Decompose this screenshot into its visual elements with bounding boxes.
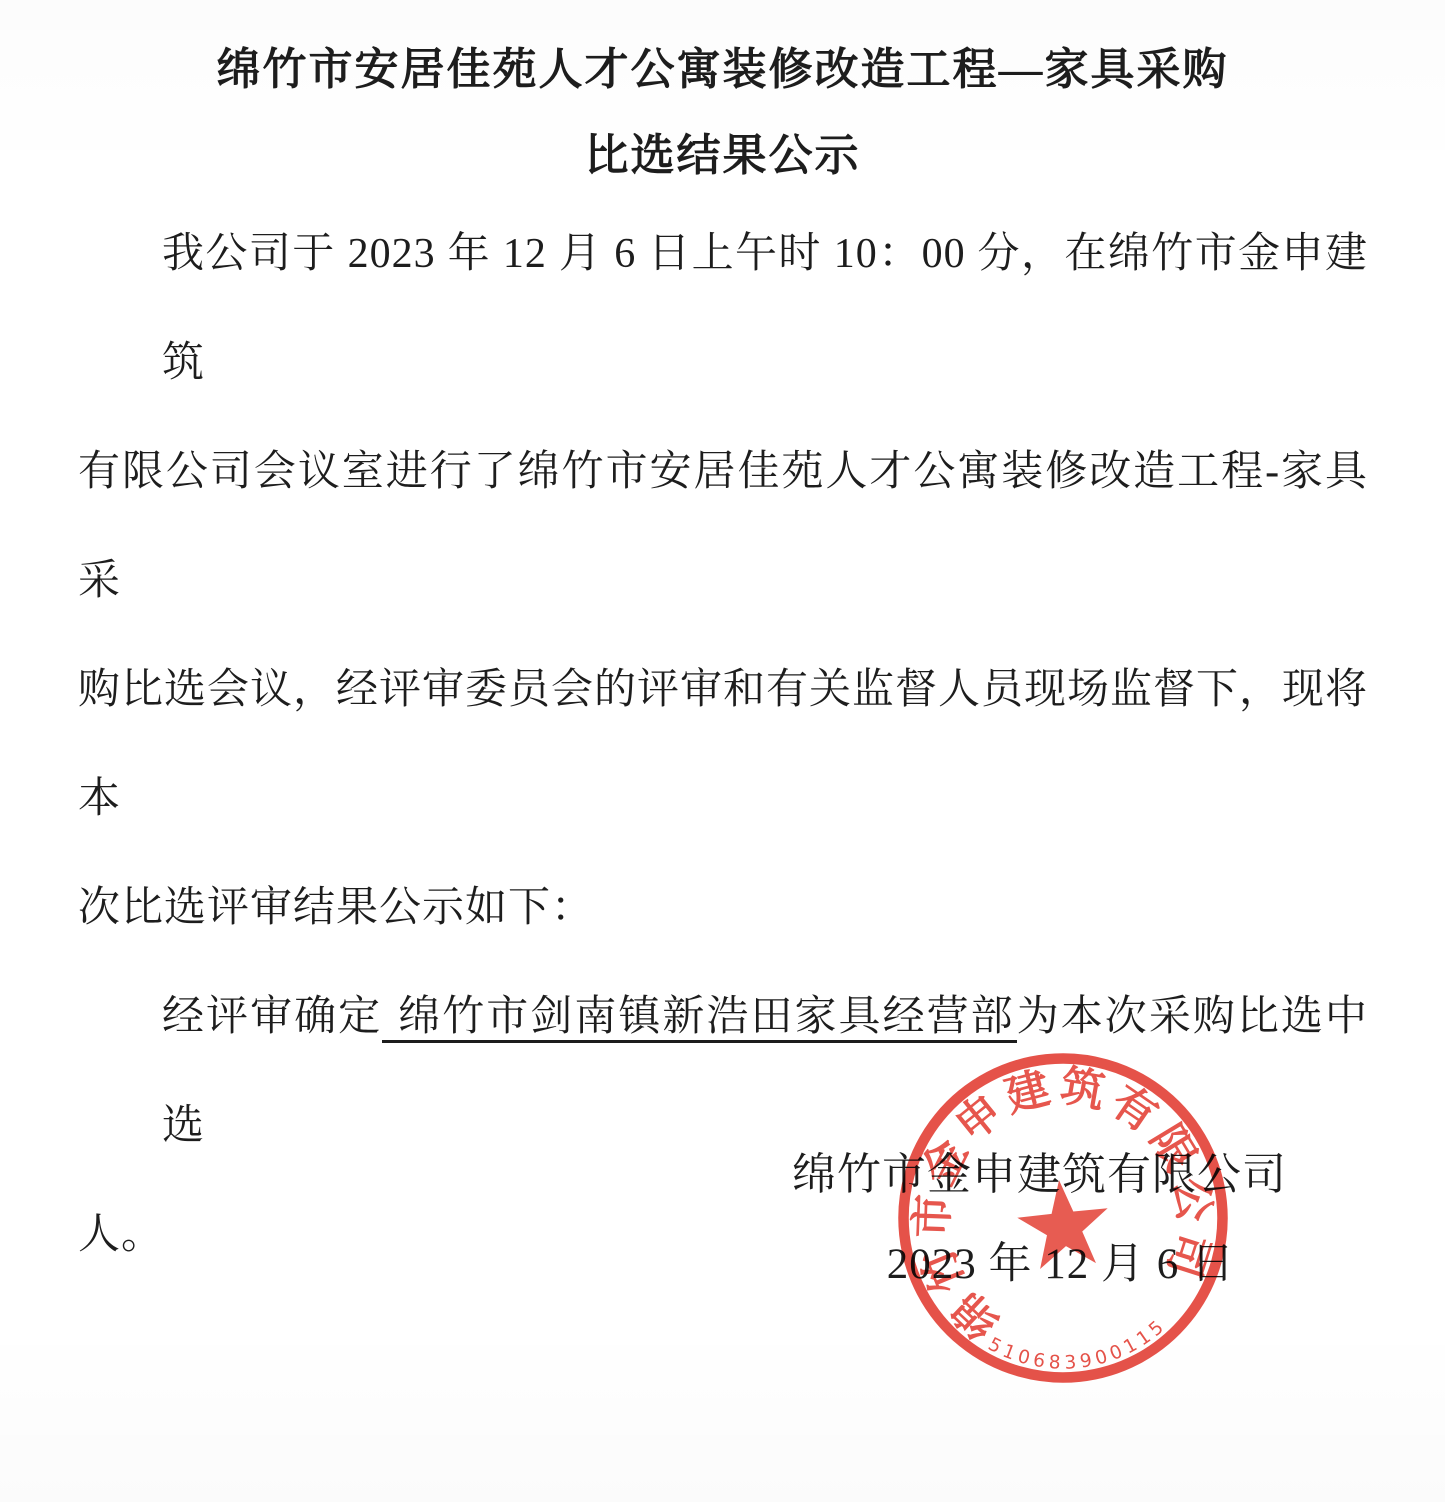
paragraph1-line1: 我公司于 2023 年 12 月 6 日上午时 10：00 分，在绵竹市金申建筑	[78, 200, 1368, 418]
stamp-star-icon	[1014, 1175, 1113, 1270]
title-line-1: 绵竹市安居佳苑人才公寓装修改造工程—家具采购	[0, 27, 1445, 113]
award-statement-prefix: 经评审确定	[162, 994, 382, 1040]
document-title: 绵竹市安居佳苑人才公寓装修改造工程—家具采购 比选结果公示	[0, 27, 1445, 199]
company-seal-stamp: 绵竹市金申建筑有限公司 5106839001150	[893, 1048, 1233, 1388]
document-page: 绵竹市安居佳苑人才公寓装修改造工程—家具采购 比选结果公示 我公司于 2023 …	[0, 0, 1445, 1502]
paragraph1-line4: 次比选评审结果公示如下：	[78, 854, 1368, 963]
paragraph1-line3: 购比选会议，经评审委员会的评审和有关监督人员现场监督下，现将本	[78, 636, 1368, 854]
paragraph1-line2: 有限公司会议室进行了绵竹市安居佳苑人才公寓装修改造工程-家具采	[78, 418, 1368, 636]
winning-bidder-name: 绵竹市剑南镇新浩田家具经营部	[382, 994, 1017, 1043]
title-line-2: 比选结果公示	[0, 113, 1445, 199]
